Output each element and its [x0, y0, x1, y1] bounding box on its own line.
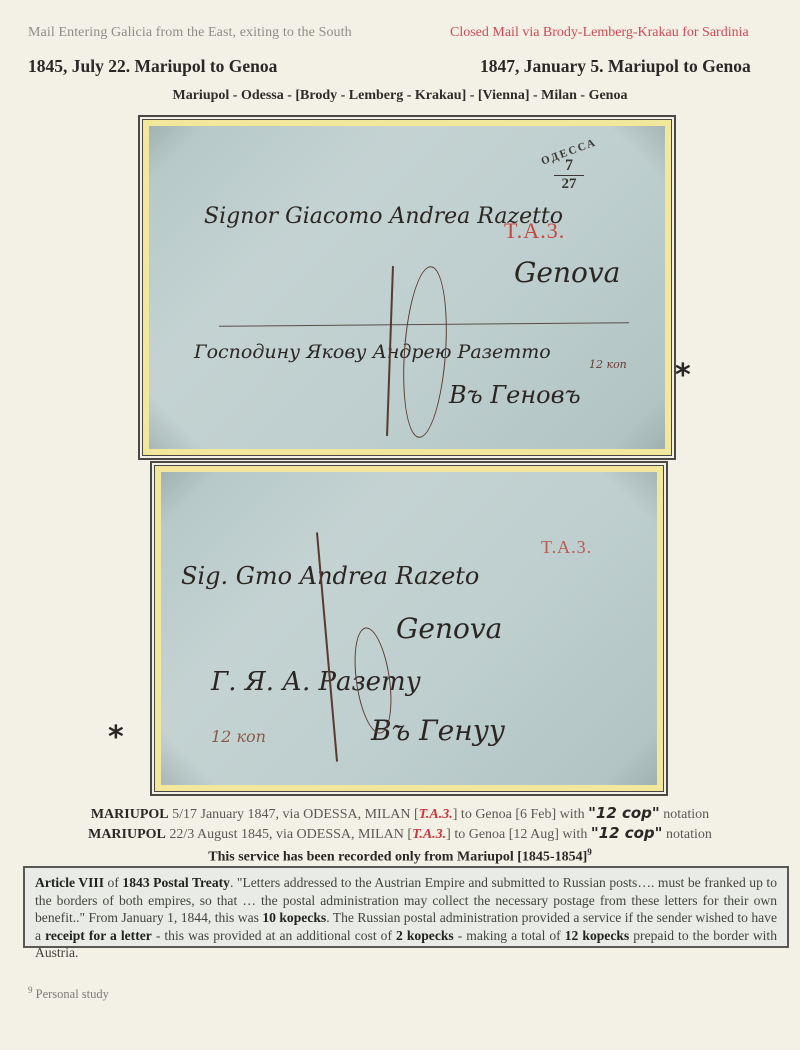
address-line-cyrillic: Господину Якову Андрею Разетто	[194, 341, 551, 363]
cover-heading-left: 1845, July 22. Mariupol to Genoa	[28, 56, 277, 77]
service-note: This service has been recorded only from…	[0, 843, 800, 867]
address-line-cyrillic: Въ Генуу	[371, 714, 505, 747]
odessa-postmark: ОДЕССА 7 27	[529, 146, 609, 192]
address-line: Signor Giacomo Andrea Razetto	[204, 204, 563, 229]
address-line: Genova	[514, 256, 620, 289]
manuscript-rate-10	[398, 265, 452, 440]
asterisk-marker: *	[675, 358, 691, 393]
cover-frame-1845: T.A.3. Sig. Gmo Andrea Razeto Genova Г. …	[150, 461, 668, 796]
caption-1847: MARIUPOL 5/17 January 1847, via ODESSA, …	[0, 804, 800, 824]
caption-1845: MARIUPOL 22/3 August 1845, via ODESSA, M…	[0, 824, 800, 844]
address-line-cyrillic: Въ Геновъ	[449, 381, 581, 409]
address-line: Genova	[396, 612, 502, 645]
rate-notation: 12 коп	[589, 358, 627, 371]
cover-heading-right: 1847, January 5. Mariupol to Genoa	[480, 56, 751, 77]
cover-frame-1847: ОДЕССА 7 27 T.A.3. Signor Giacomo Andrea…	[138, 115, 676, 460]
rate-notation: 12 коп	[211, 727, 266, 746]
cover-image-1845: T.A.3. Sig. Gmo Andrea Razeto Genova Г. …	[161, 472, 657, 785]
cover-image-1847: ОДЕССА 7 27 T.A.3. Signor Giacomo Andrea…	[149, 126, 665, 449]
postal-route: Mariupol - Odessa - [Brody - Lemberg - K…	[0, 88, 800, 104]
footnote: 9 Personal study	[28, 985, 109, 1002]
ta3-red-handstamp: T.A.3.	[541, 537, 592, 558]
asterisk-marker: *	[108, 720, 124, 755]
exhibit-subtitle: Mail Entering Galicia from the East, exi…	[28, 25, 352, 41]
address-line: Sig. Gmo Andrea Razeto	[181, 562, 479, 590]
footnote-ref: 9	[587, 847, 592, 857]
exhibit-route-subtitle: Closed Mail via Brody-Lemberg-Krakau for…	[450, 25, 749, 41]
treaty-explanation-box: Article VIII of 1843 Postal Treaty. "Let…	[23, 866, 789, 948]
